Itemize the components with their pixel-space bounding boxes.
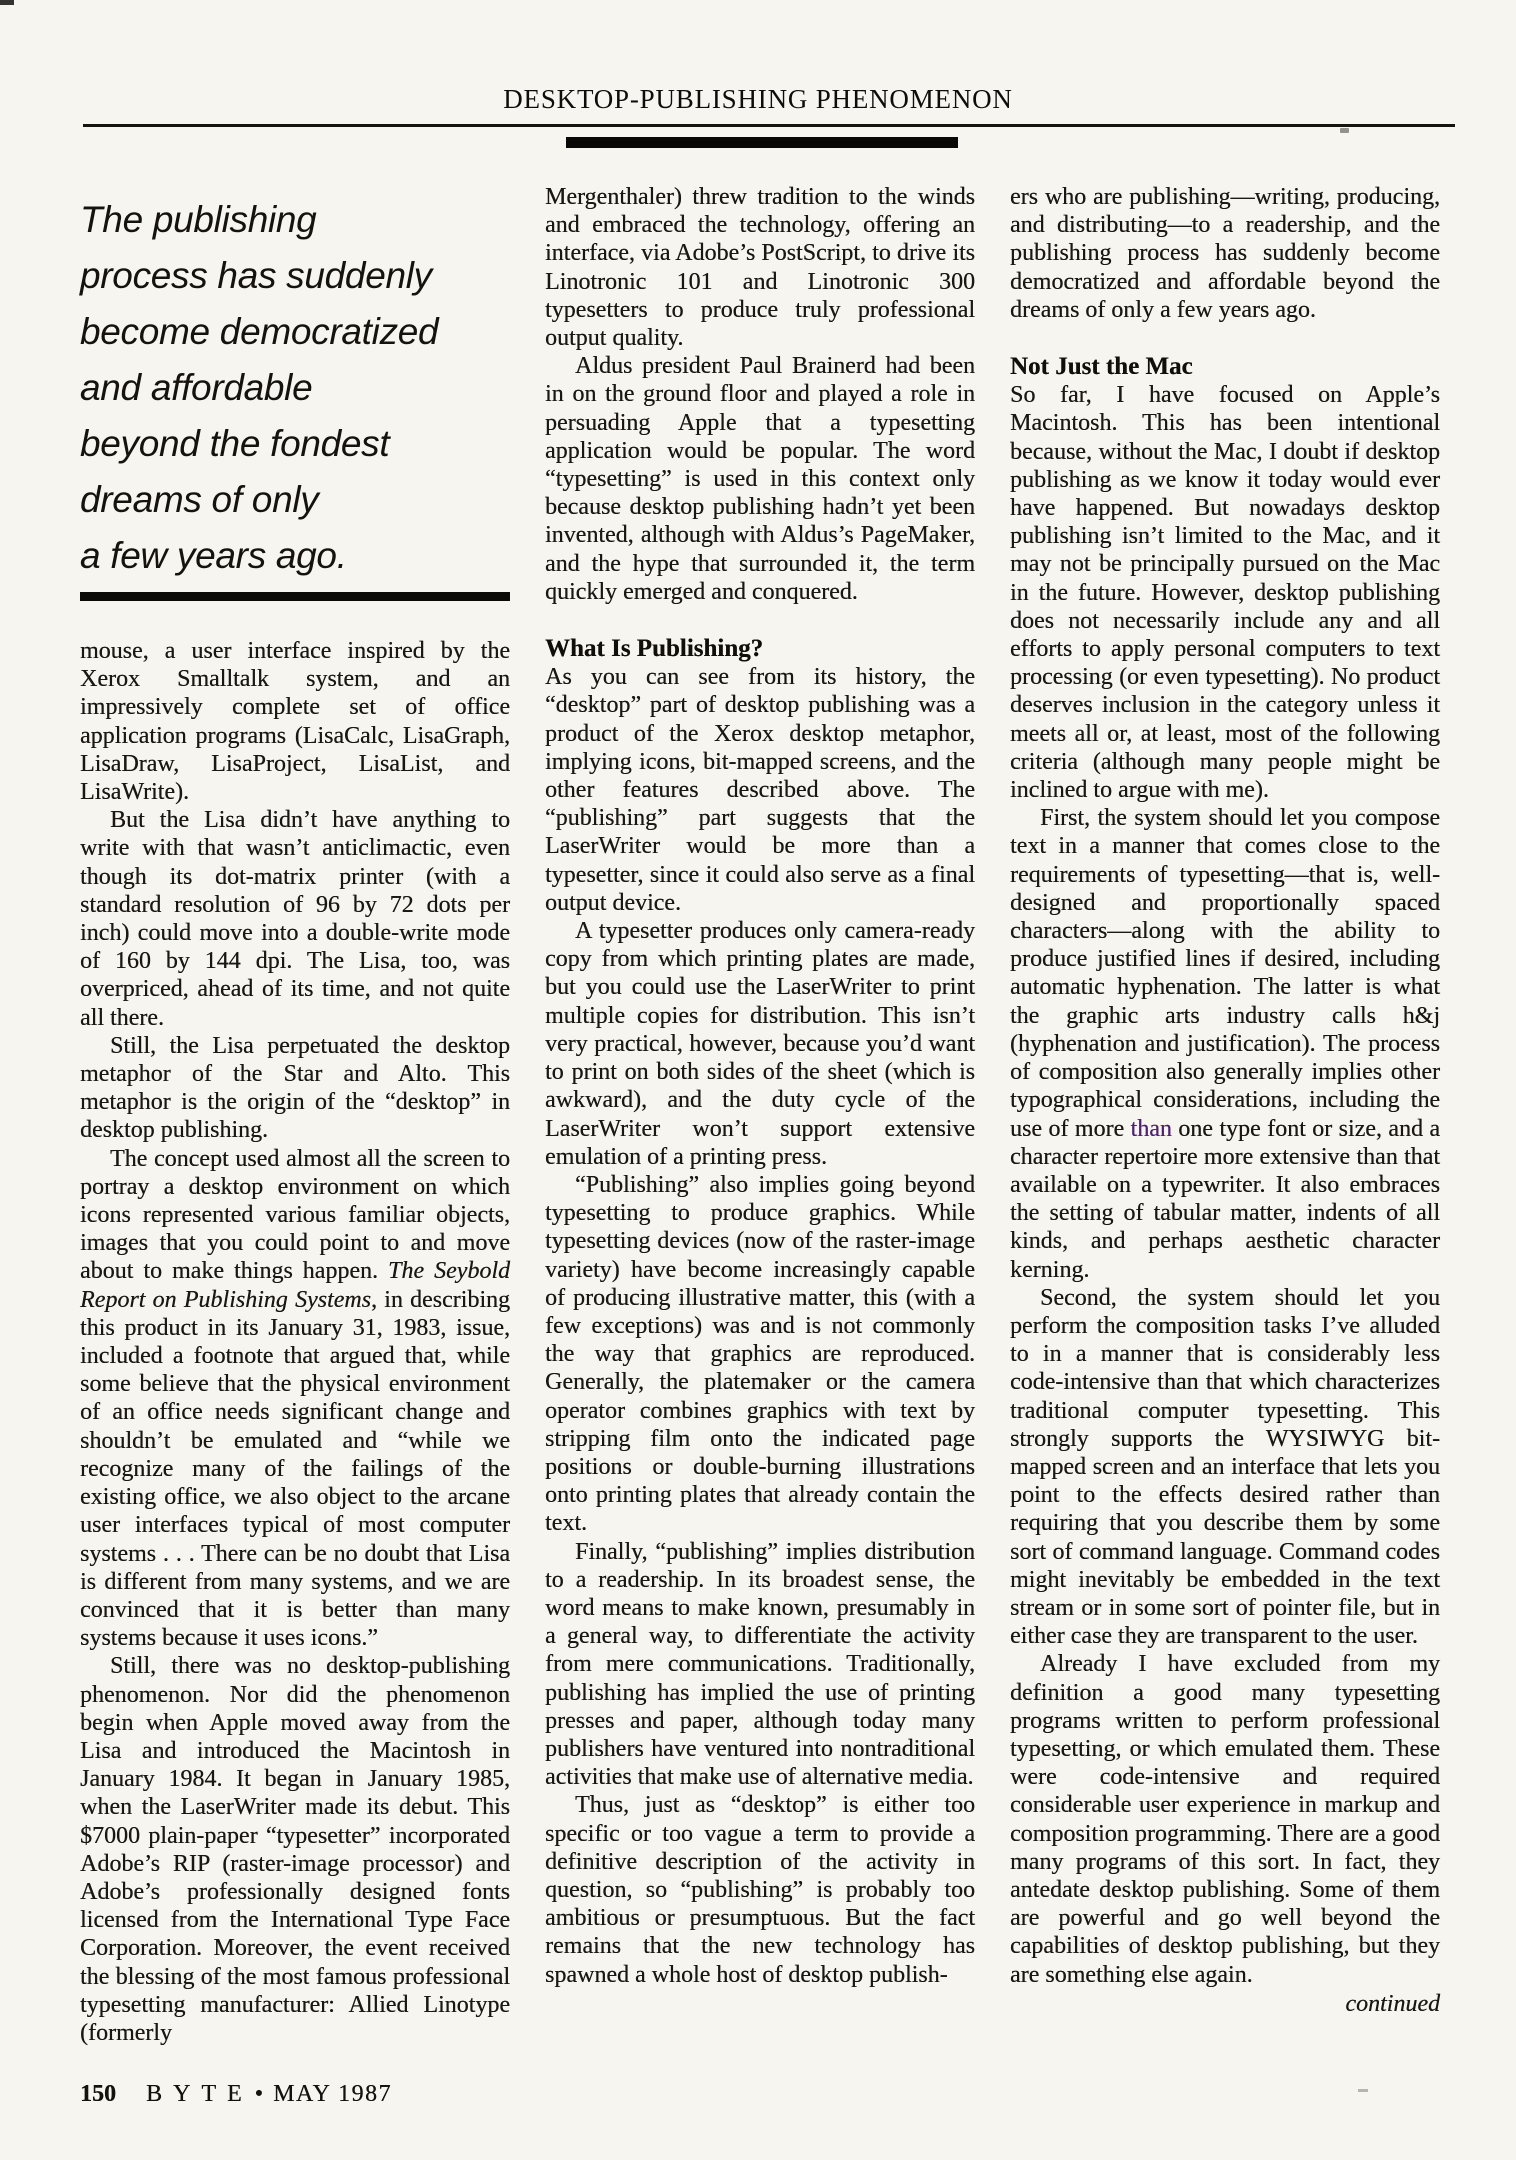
column-left: mouse, a user interface inspired by the … <box>80 637 510 2045</box>
paragraph: Second, the system should let you perfor… <box>1010 1284 1440 1651</box>
text-run: Mergenthaler) threw tradition to the win… <box>545 184 975 351</box>
pull-quote-rule <box>80 592 510 601</box>
section-heading: Not Just the Mac <box>1010 353 1440 381</box>
issue-date: MAY 1987 <box>273 2081 392 2107</box>
text-run: Still, there was no desktop-publishing p… <box>80 1653 510 2046</box>
paragraph: So far, I have focused on Apple’s Macint… <box>1010 381 1440 804</box>
column-right: ers who are publishing—writing, producin… <box>1010 183 1440 2069</box>
text-run: A typesetter produces only camera-ready … <box>545 918 975 1170</box>
scan-artifact <box>0 0 14 5</box>
paragraph: Still, there was no desktop-publishing p… <box>80 1652 510 2047</box>
text-run: mouse, a user interface inspired by the … <box>80 638 510 805</box>
pull-quote-line: a few years ago. <box>80 528 525 584</box>
text-run: ers who are publishing—writing, producin… <box>1010 184 1440 323</box>
text-run: So far, I have focused on Apple’s Macint… <box>1010 382 1440 803</box>
paragraph: Still, the Lisa perpetuated the desktop … <box>80 1032 510 1145</box>
running-head-title: DESKTOP-PUBLISHING PHENOMENON <box>0 84 1516 115</box>
paragraph: A typesetter produces only camera-ready … <box>545 917 975 1171</box>
pull-quote: The publishing process has suddenly beco… <box>80 192 525 584</box>
scan-artifact <box>1340 128 1349 133</box>
pull-quote-line: and affordable <box>80 360 525 416</box>
text-run: Finally, “publishing” implies distributi… <box>545 1539 975 1791</box>
text-run: Still, the Lisa perpetuated the desktop … <box>80 1033 510 1144</box>
pull-quote-line: become democratized <box>80 304 525 360</box>
page-number: 150 <box>80 2081 116 2107</box>
column-middle: Mergenthaler) threw tradition to the win… <box>545 183 975 2045</box>
pull-quote-line: dreams of only <box>80 472 525 528</box>
text-run: Second, the system should let you perfor… <box>1010 1285 1440 1649</box>
text-run: But the Lisa didn’t have anything to wri… <box>80 807 510 1030</box>
paragraph: But the Lisa didn’t have anything to wri… <box>80 806 510 1032</box>
text-run: As you can see from its history, the “de… <box>545 664 975 916</box>
pull-quote-line: The publishing <box>80 192 525 248</box>
paragraph: “Publishing” also implies going beyond t… <box>545 1171 975 1538</box>
pull-quote-line: process has suddenly <box>80 248 525 304</box>
header-rule <box>83 124 1455 127</box>
text-run: Aldus president Paul Brainerd had been i… <box>545 353 975 605</box>
footer-separator: • <box>255 2081 263 2107</box>
page-footer: 150BYTE•MAY 1987 <box>80 2081 392 2108</box>
magazine-name: BYTE <box>146 2081 253 2107</box>
paragraph: The concept used almost all the screen t… <box>80 1145 510 1653</box>
text-run: First, the system should let you compose… <box>1010 805 1440 1141</box>
paragraph: Aldus president Paul Brainerd had been i… <box>545 352 975 606</box>
continued-marker: continued <box>1010 1990 1440 2018</box>
magazine-page: DESKTOP-PUBLISHING PHENOMENON The publis… <box>0 0 1516 2160</box>
paragraph: Already I have excluded from my definiti… <box>1010 1650 1440 1988</box>
paragraph: mouse, a user interface inspired by the … <box>80 637 510 806</box>
paragraph: As you can see from its history, the “de… <box>545 663 975 917</box>
text-run: , in describing this product in its Janu… <box>80 1287 510 1651</box>
pull-quote-line: beyond the fondest <box>80 416 525 472</box>
scan-artifact <box>1358 2089 1368 2092</box>
text-run: Thus, just as “desktop” is either too sp… <box>545 1792 975 1987</box>
header-bar <box>566 137 958 148</box>
paragraph: First, the system should let you compose… <box>1010 804 1440 1283</box>
paragraph: ers who are publishing—writing, producin… <box>1010 183 1440 324</box>
paragraph: Finally, “publishing” implies distributi… <box>545 1538 975 1792</box>
text-run: “Publishing” also implies going beyond t… <box>545 1172 975 1536</box>
section-heading: What Is Publishing? <box>545 635 975 663</box>
paragraph: Thus, just as “desktop” is either too sp… <box>545 1791 975 1988</box>
text-run: Already I have excluded from my definiti… <box>1010 1651 1440 1987</box>
paragraph: Mergenthaler) threw tradition to the win… <box>545 183 975 352</box>
accent-run: than <box>1131 1116 1172 1142</box>
